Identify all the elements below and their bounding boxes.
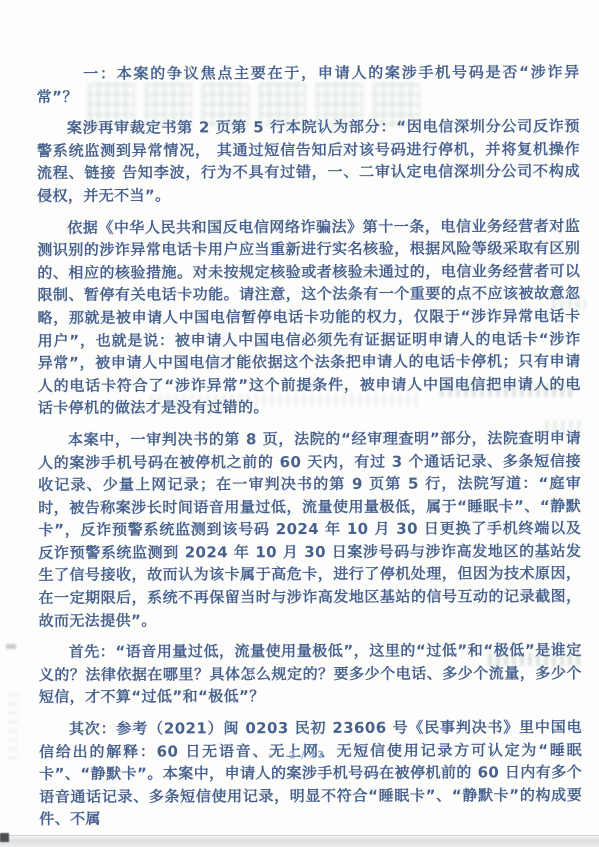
scan-speck	[6, 644, 16, 649]
para-retrial-ruling-quote: 案涉再审裁定书第 2 页第 5 行本院认为部分：“因电信深圳分公司反诈预警系统监…	[37, 115, 580, 207]
scanned-document-page: 一：本案的争议焦点主要在于，申请人的案涉手机号码是否“涉诈异常”？ 案涉再审裁定…	[0, 0, 599, 847]
para-law-article-11: 依据《中华人民共和国反电信网络诈骗法》第十一条，电信业务经营者对监测识别的涉诈异…	[37, 215, 581, 420]
para-question-first: 首先：“语音用量过低，流量使用量极低”，这里的“过低”和“极低”是谁定义的？法律…	[39, 639, 582, 709]
page-number: 2 / 12	[289, 750, 325, 762]
document-body: 一：本案的争议焦点主要在于，申请人的案涉手机号码是否“涉诈异常”？ 案涉再审裁定…	[37, 61, 583, 840]
para-question-second: 其次：参考（2021）闽 0203 民初 23606 号《民事判决书》里中国电信…	[39, 716, 582, 831]
bleedthrough-artifact	[8, 690, 18, 760]
scan-corner-mark	[0, 833, 9, 842]
para-first-instance-findings: 本案中，一审判决书的第 8 页，法院的“经审理查明”部分，法院查明申请人的案涉手…	[38, 427, 582, 632]
scan-edge-shadow	[0, 835, 599, 847]
para-dispute-focus: 一：本案的争议焦点主要在于，申请人的案涉手机号码是否“涉诈异常”？	[37, 61, 580, 108]
